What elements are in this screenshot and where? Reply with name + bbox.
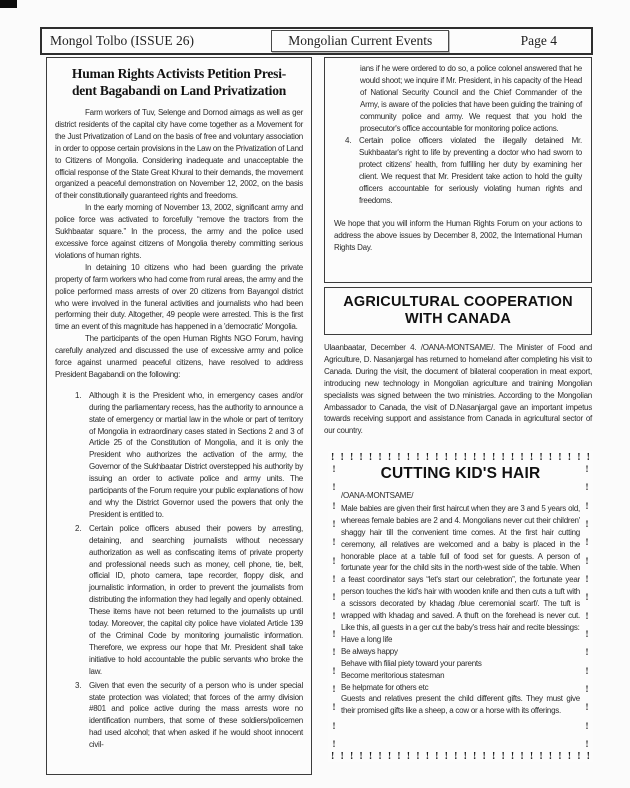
scan-artifact xyxy=(0,0,17,8)
page-header: Mongol Tolbo (ISSUE 26) Mongolian Curren… xyxy=(40,27,593,55)
decorative-border-bottom: !!!!!!!!!!!!!!!!!!!!!!!!!!!! xyxy=(331,750,590,762)
cutting-hair-body: Male babies are given their first haircu… xyxy=(341,503,580,634)
news-source: /OANA-MONTSAME/ xyxy=(341,490,580,502)
list-item-text: Certain police officers abused their pow… xyxy=(89,523,303,678)
list-item: 3. Given that even the security of a per… xyxy=(75,680,303,751)
numbered-list: 1. Although it is the President who, in … xyxy=(55,390,303,751)
left-article-cell: Human Rights Activists Petition Presi- d… xyxy=(46,57,312,775)
closing-paragraph: We hope that you will inform the Human R… xyxy=(334,218,582,254)
blessing-line: Have a long life xyxy=(341,634,580,646)
list-item-number: 2. xyxy=(75,523,89,678)
list-item-text: Although it is the President who, in eme… xyxy=(89,390,303,521)
page-number: Page 4 xyxy=(521,33,591,49)
decorative-border-top: !!!!!!!!!!!!!!!!!!!!!!!!!!!! xyxy=(331,451,590,463)
list-item: 2. Certain police officers abused their … xyxy=(75,523,303,678)
list-item-number: 1. xyxy=(75,390,89,521)
cutting-hair-section: !!!!!!!!!!!!!!!!!!!!!!!!!!!! !!!!!!!!!!!… xyxy=(328,451,593,762)
agriculture-title-line2: WITH CANADA xyxy=(405,311,511,328)
article-title: Human Rights Activists Petition Presi- d… xyxy=(55,66,303,99)
agriculture-title-line1: AGRICULTURAL COOPERATION xyxy=(343,294,573,311)
blessing-line: Behave with filial piety toward your par… xyxy=(341,658,580,670)
blessing-line: Be helpmate for others etc xyxy=(341,682,580,694)
right-continuation-cell: ians if he were ordered to do so, a poli… xyxy=(324,57,592,283)
article-paragraph: In the early morning of November 13, 200… xyxy=(55,202,303,262)
article-paragraph: In detaining 10 citizens who had been gu… xyxy=(55,262,303,333)
list-item-number: 4. xyxy=(345,135,359,206)
decorative-border-left: !!!!!!!!!!!!!!!! xyxy=(330,464,338,749)
list-item-text: Certain police officers violated the ill… xyxy=(359,135,582,206)
masthead-title: Mongol Tolbo (ISSUE 26) xyxy=(42,33,194,49)
blessing-line: Be always happy xyxy=(341,646,580,658)
article-paragraph: Farm workers of Tuv, Selenge and Dornod … xyxy=(55,107,303,202)
decorative-border-right: !!!!!!!!!!!!!!!! xyxy=(583,464,591,749)
agriculture-headline-box: AGRICULTURAL COOPERATION WITH CANADA xyxy=(324,287,592,335)
cutting-hair-title: CUTTING KID'S HAIR xyxy=(341,465,580,483)
list-item: 4. Certain police officers violated the … xyxy=(345,135,582,206)
continuation-paragraph: ians if he were ordered to do so, a poli… xyxy=(360,63,582,134)
article-title-line2: dent Bagabandi on Land Privatization xyxy=(72,83,286,98)
cutting-hair-content: CUTTING KID'S HAIR /OANA-MONTSAME/ Male … xyxy=(341,463,580,750)
newsletter-page: Mongol Tolbo (ISSUE 26) Mongolian Curren… xyxy=(0,0,630,788)
section-title-box: Mongolian Current Events xyxy=(271,30,449,52)
article-paragraph: The participants of the open Human Right… xyxy=(55,333,303,381)
article-title-line1: Human Rights Activists Petition Presi- xyxy=(72,66,286,81)
list-item-number: 3. xyxy=(75,680,89,751)
blessing-line: Become meritorious statesman xyxy=(341,670,580,682)
list-item: 1. Although it is the President who, in … xyxy=(75,390,303,521)
cutting-hair-closing: Guests and relatives present the child d… xyxy=(341,693,580,717)
agriculture-body: Ulaanbaatar, December 4. /OANA-MONTSAME/… xyxy=(324,342,592,437)
list-item-text: Given that even the security of a person… xyxy=(89,680,303,751)
